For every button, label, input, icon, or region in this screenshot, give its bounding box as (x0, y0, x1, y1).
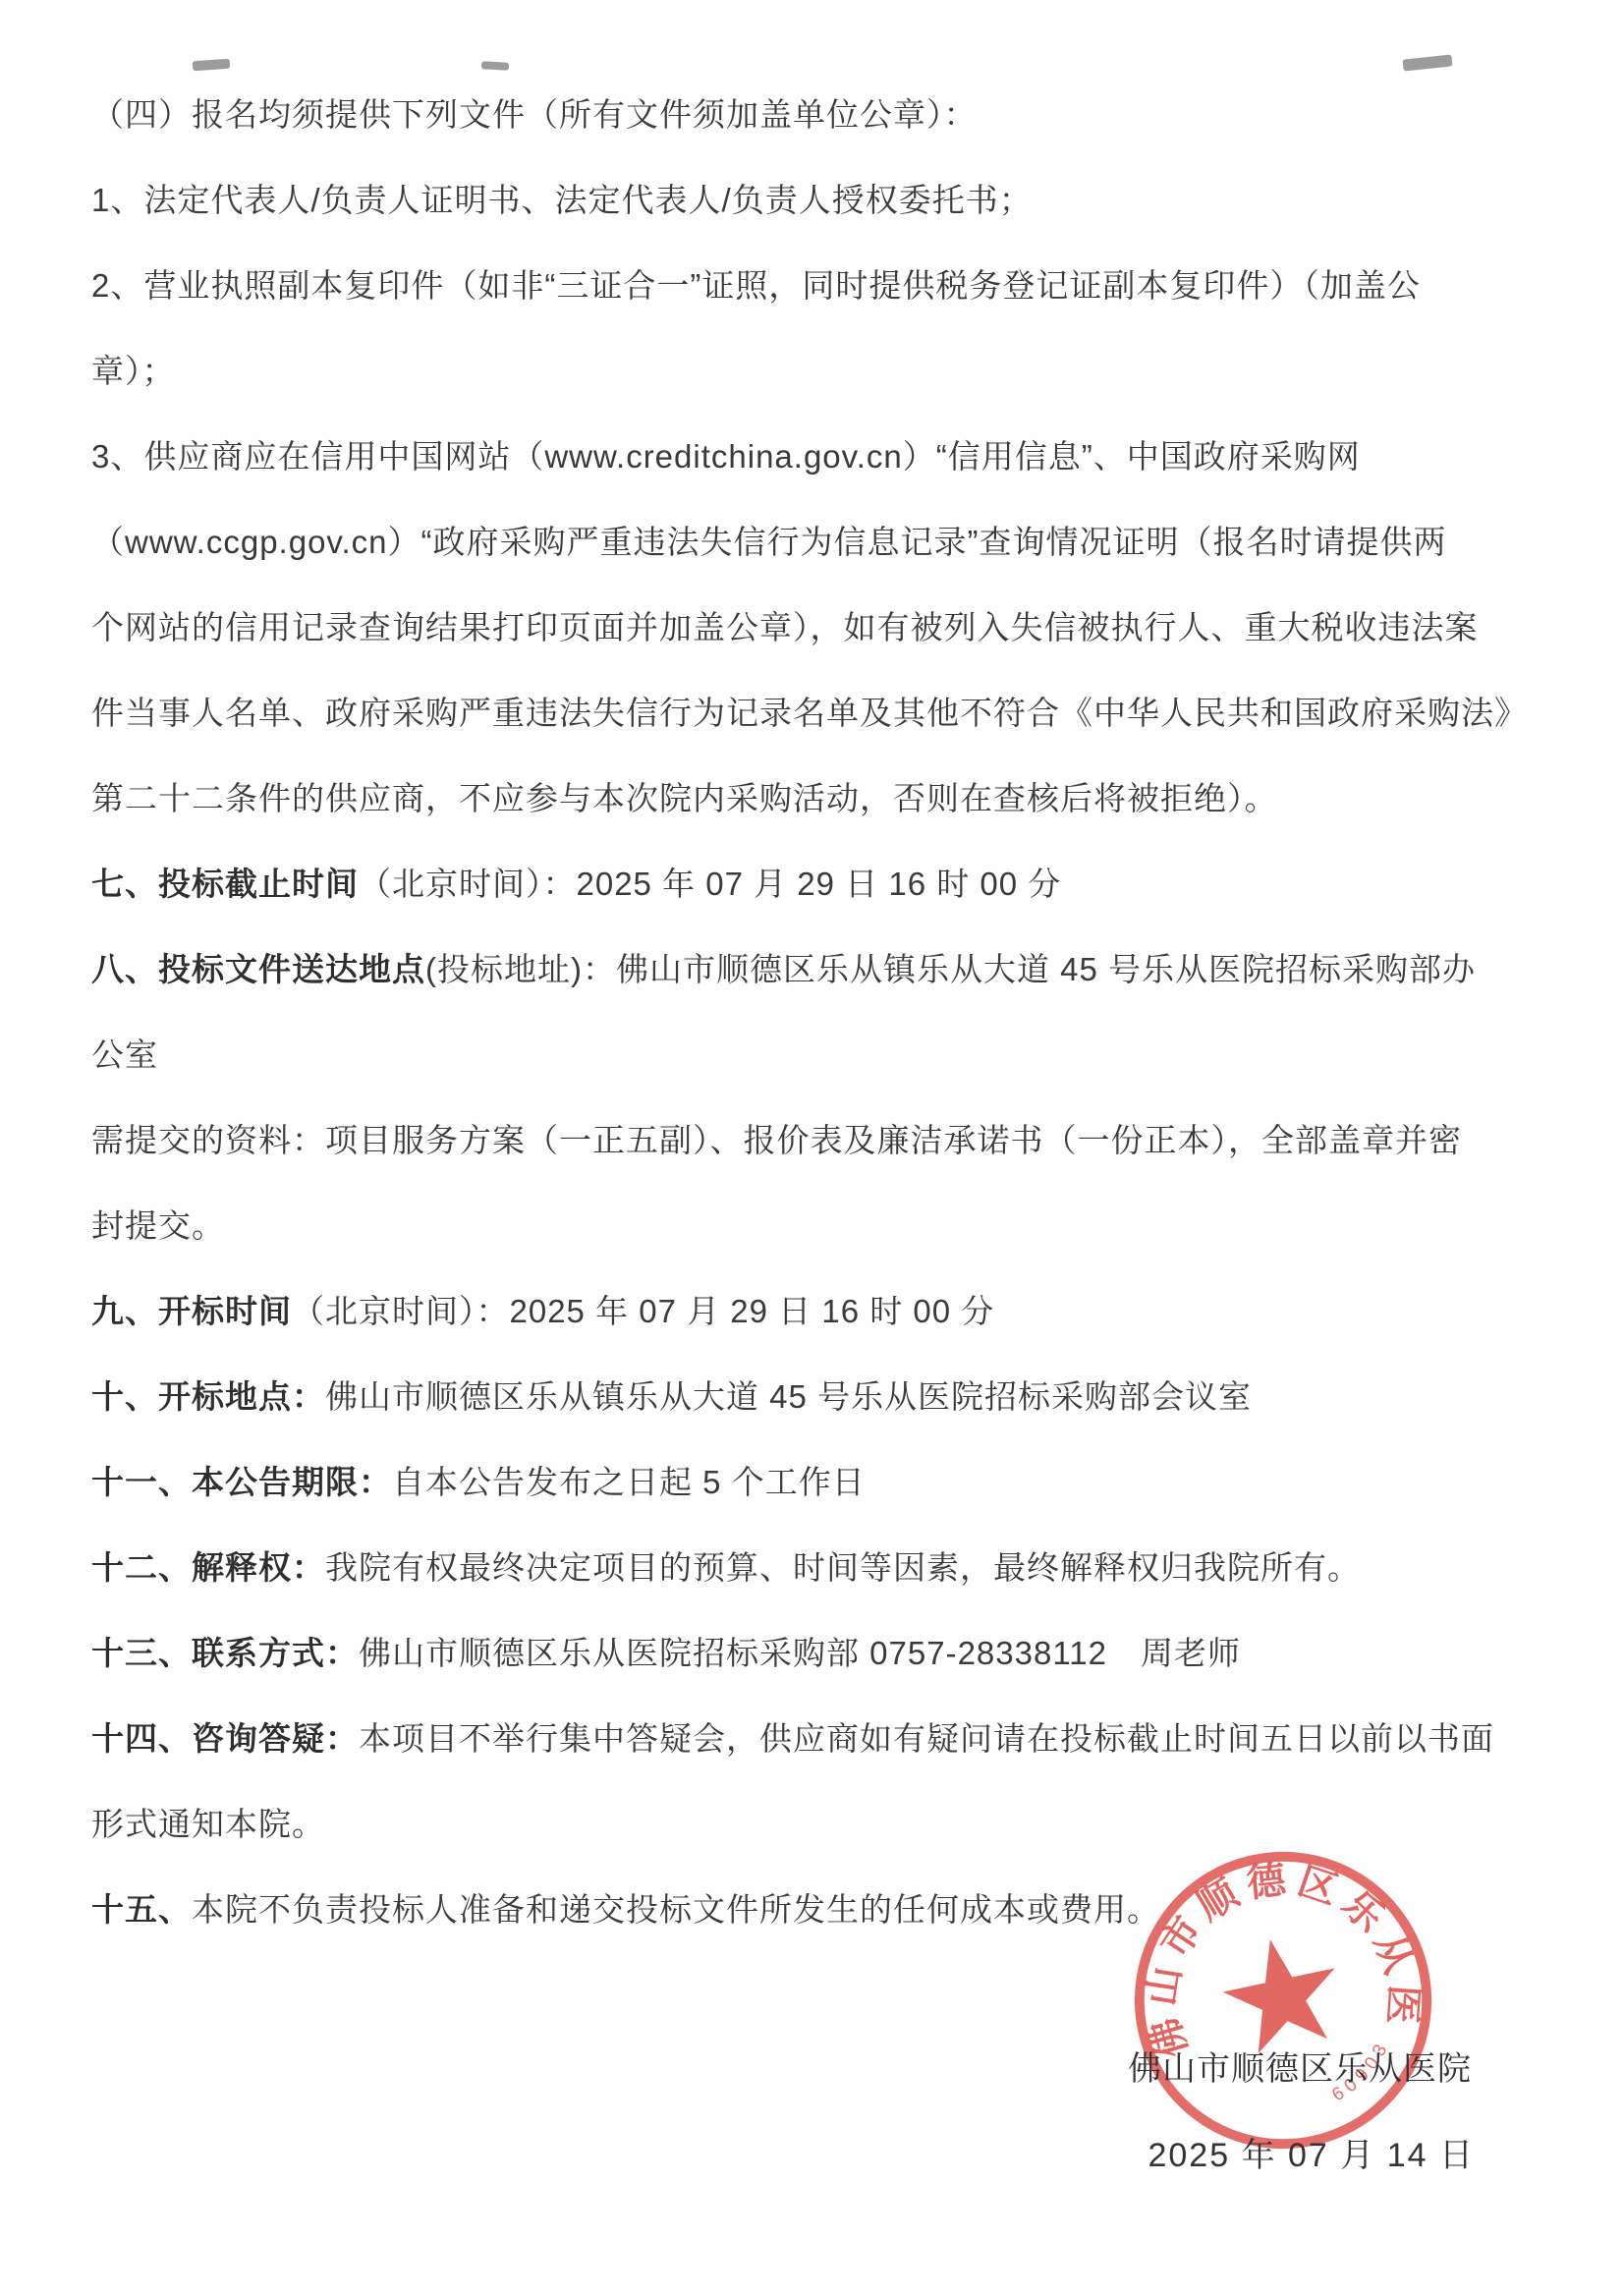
text-line: 需提交的资料：项目服务方案（一正五副）、报价表及廉洁承诺书（一份正本），全部盖章… (91, 1097, 1538, 1183)
line-label: 十一、本公告期限： (91, 1464, 392, 1500)
signature-date: 2025 年 07 月 14 日 (1148, 2134, 1475, 2177)
scan-artifact (1403, 54, 1453, 71)
line-text: 需提交的资料：项目服务方案（一正五副）、报价表及廉洁承诺书（一份正本），全部盖章… (91, 1122, 1462, 1158)
line-text: （北京时间）：2025 年 07 月 29 日 16 时 00 分 (359, 866, 1061, 902)
line-text: 佛山市顺德区乐从医院招标采购部 0757-28338112 周老师 (359, 1635, 1241, 1671)
seal-star-icon (1214, 1928, 1349, 2058)
text-line: 十二、解释权：我院有权最终决定项目的预算、时间等因素，最终解释权归我院所有。 (91, 1525, 1538, 1610)
text-line: 十三、联系方式：佛山市顺德区乐从医院招标采购部 0757-28338112 周老… (91, 1610, 1538, 1696)
text-line: 章）； (91, 328, 1538, 414)
line-label: 十五、 (91, 1891, 192, 1928)
line-label: 十、开标地点： (91, 1378, 325, 1415)
line-label: 七、投标截止时间 (91, 866, 359, 902)
scan-artifact (193, 59, 231, 72)
text-line: （www.ccgp.gov.cn）“政府采购严重违法失信行为信息记录”查询情况证… (91, 499, 1538, 585)
line-text: 件当事人名单、政府采购严重违法失信行为记录名单及其他不符合《中华人民共和国政府采… (91, 695, 1528, 731)
line-text: 本项目不举行集中答疑会，供应商如有疑问请在投标截止时间五日以前以书面 (359, 1720, 1494, 1757)
line-label: 十二、解释权： (91, 1549, 325, 1586)
text-line: 十四、咨询答疑：本项目不举行集中答疑会，供应商如有疑问请在投标截止时间五日以前以… (91, 1696, 1538, 1781)
line-label: 十四、咨询答疑： (91, 1720, 359, 1757)
text-line: 1、法定代表人/负责人证明书、法定代表人/负责人授权委托书； (91, 157, 1538, 243)
line-text: 个网站的信用记录查询结果打印页面并加盖公章），如有被列入失信被执行人、重大税收违… (91, 609, 1479, 645)
text-line: 公室 (91, 1012, 1538, 1097)
line-text: （www.ccgp.gov.cn）“政府采购严重违法失信行为信息记录”查询情况证… (91, 524, 1446, 560)
line-text: 佛山市顺德区乐从镇乐从大道 45 号乐从医院招标采购部会议室 (325, 1378, 1252, 1415)
line-text: 公室 (91, 1036, 158, 1073)
line-text: （北京时间）：2025 年 07 月 29 日 16 时 00 分 (292, 1293, 994, 1329)
text-line: （四）报名均须提供下列文件（所有文件须加盖单位公章）： (91, 72, 1538, 157)
official-seal: 佛山市顺德区乐从医院 609031 (1128, 1845, 1438, 2155)
line-text: 我院有权最终决定项目的预算、时间等因素，最终解释权归我院所有。 (325, 1549, 1361, 1586)
document-body: （四）报名均须提供下列文件（所有文件须加盖单位公章）： 1、法定代表人/负责人证… (91, 72, 1538, 1952)
line-label: 九、开标时间 (91, 1293, 292, 1329)
line-label: 八、投标文件送达地点 (91, 951, 425, 987)
text-line: 九、开标时间（北京时间）：2025 年 07 月 29 日 16 时 00 分 (91, 1268, 1538, 1354)
text-line: 十一、本公告期限：自本公告发布之日起 5 个工作日 (91, 1439, 1538, 1525)
text-line: 八、投标文件送达地点(投标地址)：佛山市顺德区乐从镇乐从大道 45 号乐从医院招… (91, 926, 1538, 1012)
text-line: 十、开标地点：佛山市顺德区乐从镇乐从大道 45 号乐从医院招标采购部会议室 (91, 1354, 1538, 1439)
document-page: （四）报名均须提供下列文件（所有文件须加盖单位公章）： 1、法定代表人/负责人证… (0, 0, 1624, 2295)
line-text: 3、供应商应在信用中国网站（www.creditchina.gov.cn）“信用… (91, 438, 1361, 475)
text-line: 件当事人名单、政府采购严重违法失信行为记录名单及其他不符合《中华人民共和国政府采… (91, 670, 1538, 756)
line-text: 2、营业执照副本复印件（如非“三证合一”证照，同时提供税务登记证副本复印件）（加… (91, 267, 1421, 304)
text-line: 七、投标截止时间（北京时间）：2025 年 07 月 29 日 16 时 00 … (91, 841, 1538, 926)
line-text: 本院不负责投标人准备和递交投标文件所发生的任何成本或费用。 (192, 1891, 1160, 1928)
line-label: 十三、联系方式： (91, 1635, 359, 1671)
line-text: (投标地址)：佛山市顺德区乐从镇乐从大道 45 号乐从医院招标采购部办 (425, 951, 1476, 987)
line-text: 第二十二条件的供应商，不应参与本次院内采购活动，否则在查核后将被拒绝）。 (91, 780, 1278, 816)
line-text: 章）； (91, 353, 176, 389)
signature-org: 佛山市顺德区乐从医院 (1128, 2047, 1472, 2091)
text-line: 第二十二条件的供应商，不应参与本次院内采购活动，否则在查核后将被拒绝）。 (91, 756, 1538, 841)
text-line: 2、营业执照副本复印件（如非“三证合一”证照，同时提供税务登记证副本复印件）（加… (91, 243, 1538, 328)
line-text: 1、法定代表人/负责人证明书、法定代表人/负责人授权委托书； (91, 182, 1033, 218)
text-line: 个网站的信用记录查询结果打印页面并加盖公章），如有被列入失信被执行人、重大税收违… (91, 585, 1538, 670)
scan-artifact (481, 61, 509, 70)
line-text: 封提交。 (91, 1207, 225, 1244)
line-text: 形式通知本院。 (91, 1806, 325, 1842)
line-text: （四）报名均须提供下列文件（所有文件须加盖单位公章）： (91, 96, 978, 133)
text-line: 封提交。 (91, 1183, 1538, 1268)
line-text: 自本公告发布之日起 5 个工作日 (392, 1464, 866, 1500)
text-line: 3、供应商应在信用中国网站（www.creditchina.gov.cn）“信用… (91, 414, 1538, 499)
